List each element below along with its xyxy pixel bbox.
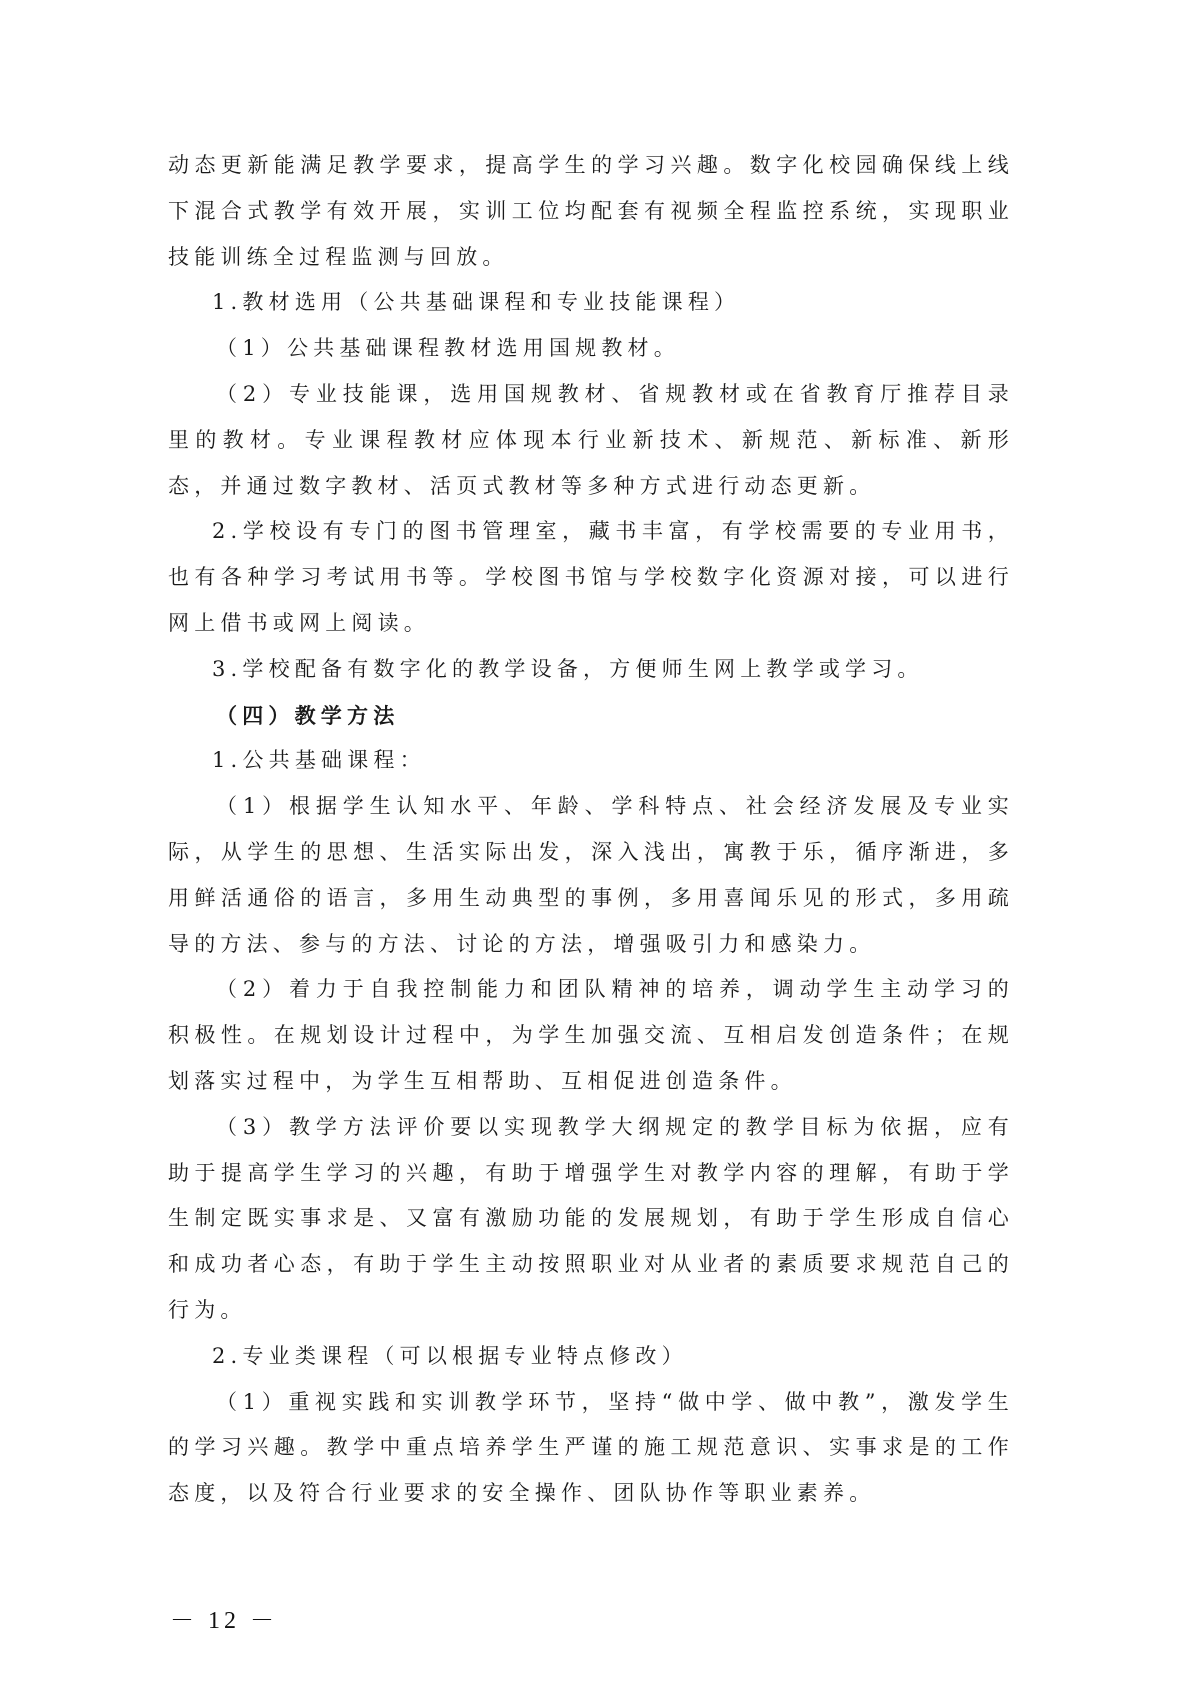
item-professional-courses: 2.专业类课程（可以根据专业特点修改）: [168, 1334, 1014, 1380]
subitem-self-control: （2）着力于自我控制能力和团队精神的培养，调动学生主动学习的积极性。在规划设计过…: [168, 967, 1014, 1104]
page-number: － 12 －: [170, 1600, 278, 1635]
subitem-cognitive-level: （1）根据学生认知水平、年龄、学科特点、社会经济发展及专业实际，从学生的思想、生…: [168, 784, 1014, 967]
item-library: 2.学校设有专门的图书管理室，藏书丰富，有学校需要的专业用书，也有各种学习考试用…: [168, 509, 1014, 646]
document-body: 动态更新能满足教学要求，提高学生的学习兴趣。数字化校园确保线上线下混合式教学有效…: [168, 143, 1014, 1517]
subitem-professional-textbooks: （2）专业技能课，选用国规教材、省规教材或在省教育厅推荐目录里的教材。专业课程教…: [168, 372, 1014, 509]
subitem-practice-training: （1）重视实践和实训教学环节，坚持“做中学、做中教”，激发学生的学习兴趣。教学中…: [168, 1380, 1014, 1517]
document-page: 动态更新能满足教学要求，提高学生的学习兴趣。数字化校园确保线上线下混合式教学有效…: [0, 0, 1191, 1684]
subitem-public-textbooks: （1）公共基础课程教材选用国规教材。: [168, 326, 1014, 372]
subitem-evaluation: （3）教学方法评价要以实现教学大纲规定的教学目标为依据，应有助于提高学生学习的兴…: [168, 1105, 1014, 1334]
item-public-courses: 1.公共基础课程：: [168, 738, 1014, 784]
paragraph-continuation: 动态更新能满足教学要求，提高学生的学习兴趣。数字化校园确保线上线下混合式教学有效…: [168, 143, 1014, 280]
item-digital-equipment: 3.学校配备有数字化的教学设备，方便师生网上教学或学习。: [168, 647, 1014, 693]
section-heading-teaching-methods: （四）教学方法: [168, 693, 1014, 739]
item-textbook-selection: 1.教材选用（公共基础课程和专业技能课程）: [168, 280, 1014, 326]
